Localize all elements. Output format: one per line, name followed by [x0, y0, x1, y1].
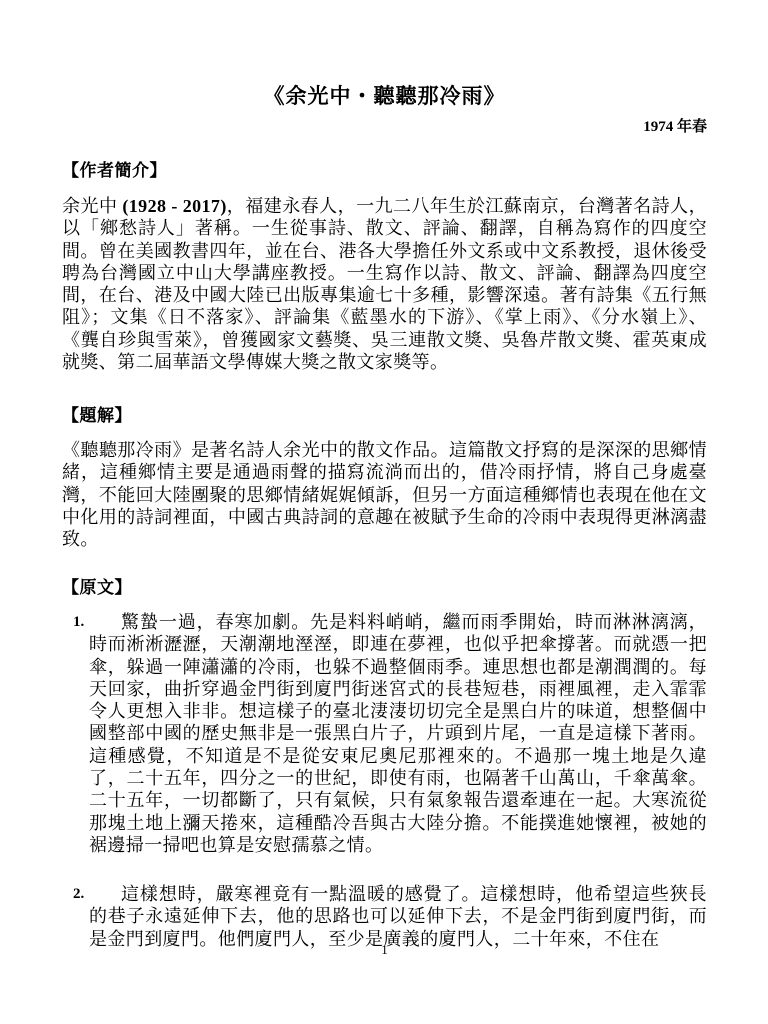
author-bio-text: ，福建永春人，一九二八年生於江蘇南京，台灣著名詩人，以「鄉愁詩人」著稱。一生從事… — [62, 196, 707, 372]
paragraph-number-2: 2. — [73, 883, 89, 905]
page-title: 《余光中・聽聽那冷雨》 — [62, 80, 707, 110]
section-heading-topic-explanation: 【題解】 — [62, 401, 132, 426]
original-text-paragraph-1: 1. 驚蟄一過，春寒加劇。先是料料峭峭，繼而雨季開始，時而淋淋漓漓，時而淅淅瀝瀝… — [73, 611, 707, 856]
paragraph-2-text: 這樣想時，嚴寒裡竟有一點溫暖的感覺了。這樣想時，他希望這些狹長的巷子永遠延伸下去… — [89, 883, 707, 950]
page-number: 1 — [62, 942, 707, 958]
section-heading-original-text: 【原文】 — [62, 573, 132, 598]
author-bio-paragraph: 余光中 (1928 - 2017)，福建永春人，一九二八年生於江蘇南京，台灣著名… — [62, 195, 707, 373]
date-line: 1974 年春 — [62, 115, 707, 136]
author-name-text: 余光中 — [62, 196, 122, 216]
document-page: 《余光中・聽聽那冷雨》 1974 年春 【作者簡介】 余光中 (1928 - 2… — [0, 0, 768, 1024]
author-years-text: (1928 - 2017) — [122, 196, 226, 216]
section-heading-author-intro: 【作者簡介】 — [62, 156, 167, 181]
paragraph-number-1: 1. — [73, 611, 89, 633]
original-text-paragraph-2: 2. 這樣想時，嚴寒裡竟有一點溫暖的感覺了。這樣想時，他希望這些狹長的巷子永遠延… — [73, 883, 707, 950]
paragraph-1-text: 驚蟄一過，春寒加劇。先是料料峭峭，繼而雨季開始，時而淋淋漓漓，時而淅淅瀝瀝，天潮… — [89, 611, 707, 856]
topic-explanation-paragraph: 《聽聽那冷雨》是著名詩人余光中的散文作品。這篇散文抒寫的是深深的思鄉情緒，這種鄉… — [62, 439, 707, 550]
